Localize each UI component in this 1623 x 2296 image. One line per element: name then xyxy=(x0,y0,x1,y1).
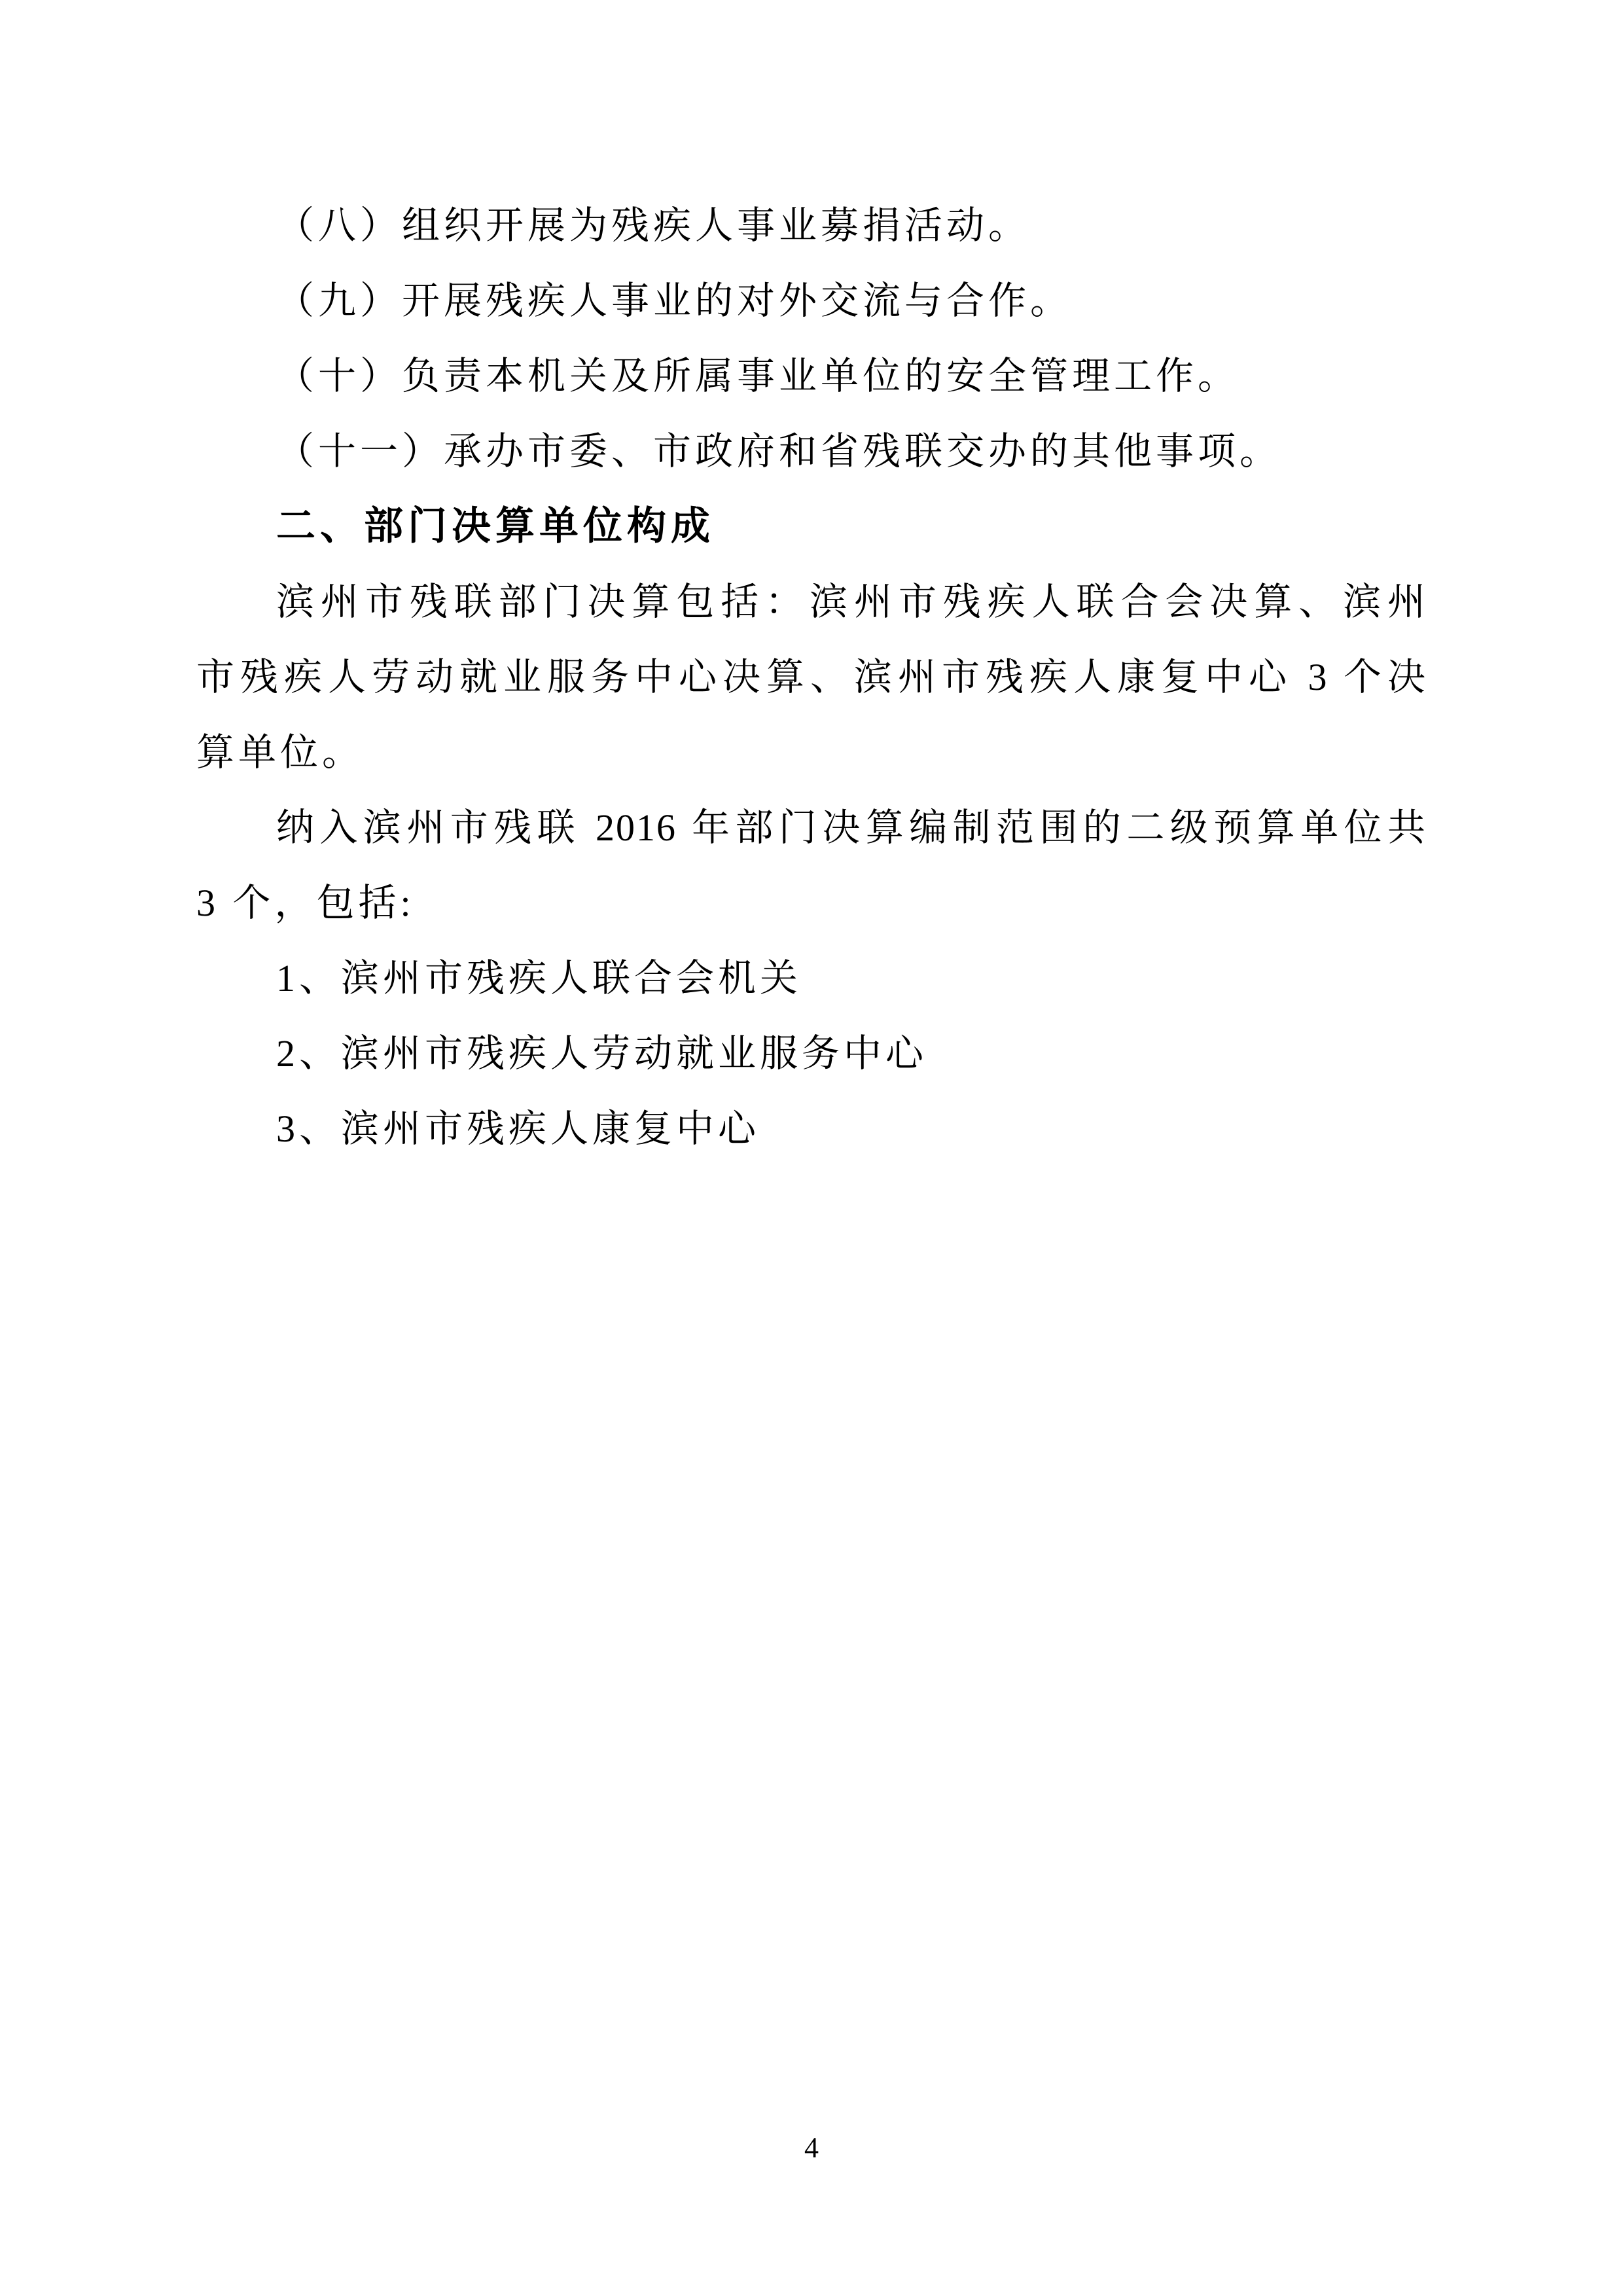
section-heading: 二、部门决算单位构成 xyxy=(196,489,1427,564)
text-line: （十一）承办市委、市政府和省残联交办的其他事项。 xyxy=(196,414,1427,489)
text-line: 3 个，包括: xyxy=(196,865,1427,941)
text-line: 滨州市残联部门决算包括：滨州市残疾人联合会决算、滨州 xyxy=(196,564,1427,639)
text-line: 2、滨州市残疾人劳动就业服务中心 xyxy=(196,1016,1427,1091)
text-line: 3、滨州市残疾人康复中心 xyxy=(196,1091,1427,1166)
document-body: （八）组织开展为残疾人事业募捐活动。（九）开展残疾人事业的对外交流与合作。（十）… xyxy=(196,188,1427,1166)
document-page: （八）组织开展为残疾人事业募捐活动。（九）开展残疾人事业的对外交流与合作。（十）… xyxy=(0,0,1623,2296)
text-line: （十）负责本机关及所属事业单位的安全管理工作。 xyxy=(196,338,1427,414)
text-line: 算单位。 xyxy=(196,715,1427,790)
text-line: 市残疾人劳动就业服务中心决算、滨州市残疾人康复中心 3 个决 xyxy=(196,639,1427,715)
text-line: （九）开展残疾人事业的对外交流与合作。 xyxy=(196,263,1427,338)
page-number: 4 xyxy=(0,2128,1623,2168)
text-line: 1、滨州市残疾人联合会机关 xyxy=(196,941,1427,1016)
text-line: 纳入滨州市残联 2016 年部门决算编制范围的二级预算单位共 xyxy=(196,790,1427,865)
text-line: （八）组织开展为残疾人事业募捐活动。 xyxy=(196,188,1427,263)
